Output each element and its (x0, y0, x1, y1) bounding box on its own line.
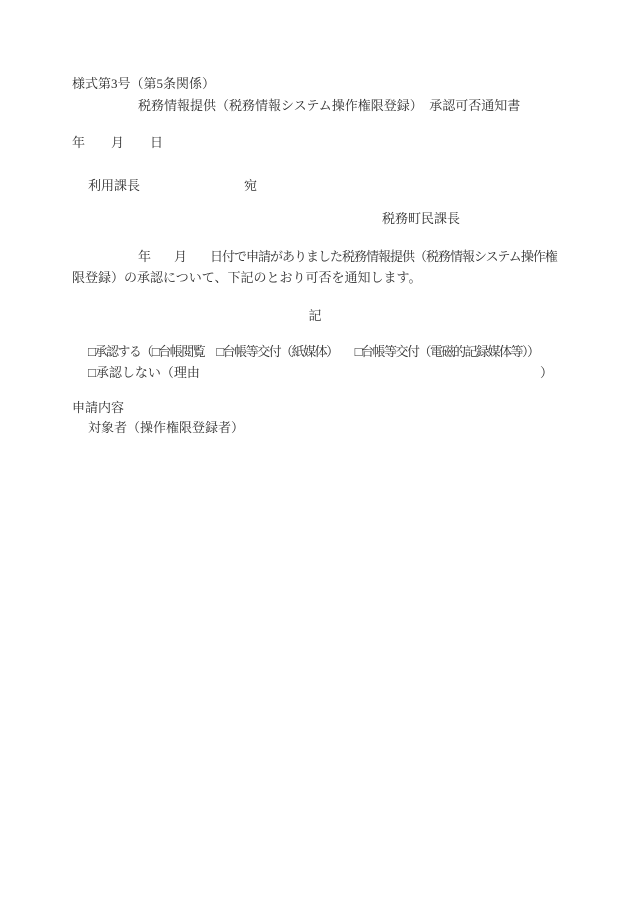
reject-option-line: □承認しない（理由） (88, 365, 200, 381)
document-page: 様式第3号（第5条関係） 税務情報提供（税務情報システム操作権限登録） 承認可否… (0, 0, 630, 903)
approve-close-paren: ） (527, 344, 539, 359)
record-heading: 記 (0, 308, 630, 324)
form-number: 様式第3号（第5条関係） (72, 76, 215, 92)
suboption-label: 台帳等交付（電磁的記録媒体等） (361, 344, 527, 359)
suboption-label: 台帳閲覧 (158, 344, 204, 359)
addressee-line: 利用課長宛 (88, 178, 257, 194)
suboption-label: 台帳等交付（紙媒体） (223, 344, 338, 359)
application-heading: 申請内容 (72, 400, 124, 416)
sender-title: 税務町民課長 (382, 211, 460, 227)
body-paragraph-line-2: 限登録）の承認について、下記のとおり可否を通知します。 (72, 270, 421, 286)
reject-reason-close-paren: ） (540, 365, 553, 381)
suboption-electronic-copy: □台帳等交付（電磁的記録媒体等） (355, 344, 527, 359)
addressee-suffix: 宛 (244, 178, 257, 193)
suboption-paper-copy: □台帳等交付（紙媒体） (216, 344, 337, 359)
issue-date-line: 年 月 日 (72, 135, 163, 151)
reject-option-label: 承認しない（理由 (96, 365, 200, 380)
approve-option-label: 承認する（ (94, 344, 152, 359)
subject-line: 対象者（操作権限登録者） (88, 420, 244, 436)
suboption-ledger-view: □台帳閲覧 (152, 344, 204, 359)
document-title: 税務情報提供（税務情報システム操作権限登録） 承認可否通知書 (138, 98, 520, 114)
approve-option-line: □承認する（□台帳閲覧□台帳等交付（紙媒体）□台帳等交付（電磁的記録媒体等）） (88, 344, 539, 360)
addressee-name-blank (140, 189, 244, 190)
body-paragraph-line-1: 年 月 日付で申請がありました税務情報提供（税務情報システム操作権 (138, 249, 557, 265)
checkbox-icon: □ (88, 365, 96, 380)
addressee-label: 利用課長 (88, 178, 140, 193)
